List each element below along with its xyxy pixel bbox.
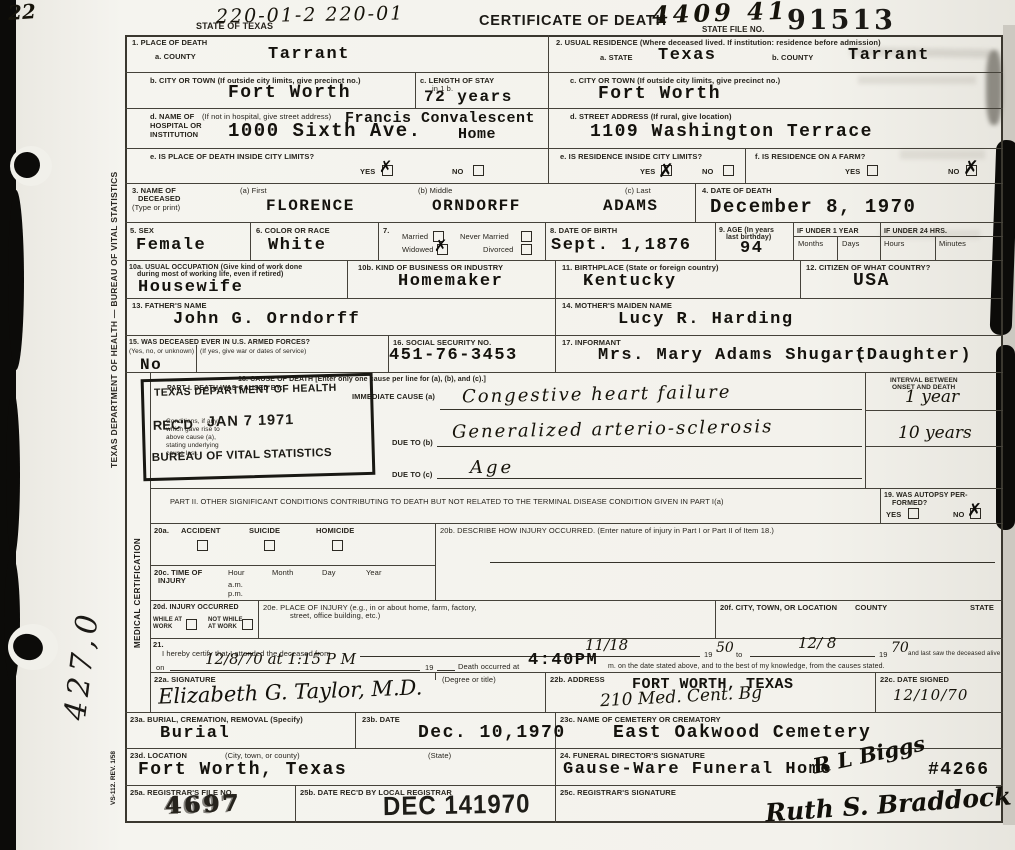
if-under-1-year-label: IF UNDER 1 YEAR	[797, 227, 859, 236]
field-5-label: 5. SEX	[130, 226, 154, 236]
x-mark: ✗	[658, 160, 674, 182]
checkbox-19-yes	[908, 508, 919, 519]
cert-text-2: and last saw the deceased alive	[908, 650, 1000, 658]
not-while-at-work-label2: AT WORK	[208, 624, 237, 632]
checkbox-widowed-checked: ✗	[437, 244, 448, 255]
yes-label: YES	[845, 167, 860, 177]
year-prefix: 19	[425, 663, 434, 673]
hour-label: Hour	[228, 568, 245, 578]
pm-label: p.m.	[228, 589, 243, 599]
birthplace-value: Kentucky	[583, 272, 677, 291]
informant-value: Mrs. Mary Adams Shugart	[598, 346, 867, 365]
date-received-stamp: DEC 141970	[383, 789, 531, 823]
degree-or-title-label: (Degree or title)	[442, 675, 496, 685]
hours-label: Hours	[884, 239, 905, 249]
ssn-value: 451-76-3453	[389, 346, 518, 365]
age-value: 94	[740, 239, 763, 258]
cemetery-value: East Oakwood Cemetery	[613, 723, 871, 743]
institution-name-value2: Home	[458, 126, 496, 143]
date-of-birth-value: Sept. 1,1876	[551, 236, 691, 255]
checkbox-homicide	[332, 540, 343, 551]
x-mark: ✗	[967, 500, 982, 521]
accident-label: ACCIDENT	[181, 526, 221, 536]
month-label: Month	[272, 568, 293, 578]
checkbox-accident	[197, 540, 208, 551]
city-of-death-value: Fort Worth	[228, 83, 351, 103]
field-15-sub2: (If yes, give war or dates of service)	[200, 348, 306, 356]
yes-label: YES	[886, 510, 901, 520]
attended-from-year: 50	[716, 640, 734, 656]
married-label: Married	[402, 232, 428, 242]
field-2e-label: e. IS RESIDENCE INSIDE CITY LIMITS?	[560, 152, 702, 162]
attended-to-date: 12/ 8	[798, 634, 836, 652]
date-signed-value: 12/10/70	[893, 686, 968, 704]
never-married-label: Never Married	[460, 232, 509, 242]
punch-hole-shadow	[10, 148, 43, 181]
months-label: Months	[798, 239, 823, 249]
race-value: White	[268, 236, 327, 255]
institution-name-value: Francis Convalescent	[345, 110, 535, 127]
field-22b-label: 22b. ADDRESS	[550, 675, 605, 685]
field-1d-label3: INSTITUTION	[150, 130, 198, 140]
blank-line	[490, 562, 995, 563]
checkbox-while-at-work	[186, 619, 197, 630]
suicide-label: SUICIDE	[249, 526, 280, 536]
funeral-home-value: Gause-Ware Funeral Home	[563, 760, 832, 779]
mother-name-value: Lucy R. Harding	[618, 310, 794, 329]
grid-line	[865, 446, 1003, 447]
county-of-death-value: Tarrant	[268, 45, 350, 64]
blank-line	[437, 478, 862, 479]
field-2a-label: a. STATE	[600, 53, 633, 63]
first-name-label: (a) First	[240, 186, 267, 196]
checkbox-1e-no	[473, 165, 484, 176]
stamp-line1: TEXAS DEPARTMENT OF HEALTH	[154, 382, 337, 399]
field-20c-label2: INJURY	[158, 576, 186, 586]
field-25c-label: 25c. REGISTRAR'S SIGNATURE	[560, 788, 676, 798]
grid-line	[793, 236, 1003, 237]
blank-line	[437, 670, 455, 671]
death-occurred-at-label: Death occurred at	[458, 662, 519, 672]
punch-hole	[8, 624, 58, 670]
state-file-no-label: STATE FILE NO.	[702, 25, 764, 35]
year-prefix: 19	[879, 650, 888, 660]
last-name-value: ADAMS	[603, 197, 659, 215]
checkbox-1e-yes-checked: ✗	[382, 165, 393, 176]
checkbox-2f-yes	[867, 165, 878, 176]
father-name-value: John G. Orndorff	[173, 310, 360, 329]
part2-label: PART II. OTHER SIGNIFICANT CONDITIONS CO…	[170, 497, 724, 507]
handwritten-margin-number: 427,0	[58, 608, 106, 722]
field-23d-sub2: (State)	[428, 751, 451, 761]
armed-forces-value: No	[140, 356, 162, 374]
widowed-label: Widowed	[402, 245, 434, 255]
residence-county-value: Tarrant	[848, 46, 930, 65]
blank-line	[170, 670, 420, 671]
residence-state-value: Texas	[658, 46, 717, 65]
checkbox-never-married	[521, 231, 532, 242]
sex-value: Female	[136, 236, 206, 255]
blank-line	[437, 446, 862, 447]
stamp-date: JAN 7 1971	[207, 412, 295, 430]
field-3-label3: (Type or print)	[132, 203, 180, 213]
industry-value: Homemaker	[398, 272, 503, 291]
day-label: Day	[322, 568, 336, 578]
residence-city-value: Fort Worth	[598, 84, 721, 104]
homicide-label: HOMICIDE	[316, 526, 354, 536]
interval-b-value: 10 years	[898, 423, 972, 443]
handwritten-district-codes: 220-01-2 220-01	[216, 2, 405, 27]
year-prefix: 19	[704, 650, 713, 660]
no-label: NO	[953, 510, 964, 520]
citizenship-value: USA	[853, 271, 890, 291]
field-20e-label2: street, office building, etc.)	[290, 611, 380, 621]
punch-hole-shadow	[10, 631, 46, 664]
burial-value: Burial	[160, 724, 230, 743]
date-of-death-value: December 8, 1970	[710, 196, 916, 218]
minutes-label: Minutes	[939, 239, 966, 249]
burial-location-value: Fort Worth, Texas	[138, 760, 347, 780]
handwritten-page-number: 22	[7, 0, 36, 25]
field-2b-label: b. COUNTY	[772, 53, 813, 63]
grid-line	[865, 410, 1003, 411]
registrar-file-number-stamp: 4697	[165, 790, 242, 820]
if-under-24-hrs-label: IF UNDER 24 HRS.	[884, 227, 947, 236]
state-file-number: 91513	[787, 5, 896, 36]
street-address-value: 1109 Washington Terrace	[590, 122, 873, 142]
field-2-label: 2. USUAL RESIDENCE (Where deceased lived…	[556, 38, 881, 48]
torn-edge-bump	[8, 190, 24, 370]
to-label: to	[736, 650, 742, 660]
on-label: on	[156, 663, 165, 673]
yes-label: YES	[640, 167, 655, 177]
while-at-work-label2: WORK	[153, 624, 172, 632]
no-label: NO	[702, 167, 713, 177]
field-1-label: 1. PLACE OF DEATH	[132, 38, 207, 48]
death-certificate-scan: 22 STATE OF TEXAS 220-01-2 220-01 CERTIF…	[0, 0, 1015, 850]
field-1a-label: a. COUNTY	[155, 52, 196, 62]
field-8-label: 8. DATE OF BIRTH	[550, 226, 617, 236]
time-of-death-value: 4:40PM	[528, 651, 598, 670]
attended-to-year: 70	[891, 640, 909, 656]
checkbox-not-while-at-work	[242, 619, 253, 630]
first-name-value: FLORENCE	[266, 197, 355, 215]
informant-relation-value: (Daughter)	[855, 346, 972, 365]
blank-line	[750, 656, 875, 657]
field-7-label: 7.	[383, 226, 389, 236]
field-20a-label: 20a.	[154, 526, 169, 536]
torn-edge-bump	[6, 390, 20, 560]
grid-line	[196, 345, 197, 372]
x-mark: ✗	[434, 236, 447, 255]
form-code-vertical-label: VS-112. REV. 1/58	[110, 751, 117, 805]
no-label: NO	[948, 167, 959, 177]
burial-date-value: Dec. 10,1970	[418, 723, 566, 743]
interval-a-value: 1 year	[905, 387, 959, 407]
blank-line	[440, 409, 862, 410]
grid-line	[837, 236, 838, 260]
due-to-c-value: Age	[470, 457, 514, 478]
due-to-c-label: DUE TO (c)	[392, 470, 432, 480]
last-seen-alive-datetime: 12/8/70 at 1:15 P M	[205, 650, 356, 668]
field-20d-label: 20d. INJURY OCCURRED	[153, 603, 239, 612]
no-label: NO	[452, 167, 463, 177]
length-of-stay-value: 72 years	[424, 88, 513, 106]
certificate-title: CERTIFICATE OF DEATH	[479, 13, 667, 29]
field-15-label: 15. WAS DECEASED EVER IN U.S. ARMED FORC…	[129, 338, 310, 347]
field-23b-label: 23b. DATE	[362, 715, 400, 725]
x-mark: ✗	[963, 157, 979, 179]
checkbox-2f-no-checked: ✗	[966, 165, 977, 176]
field-6-label: 6. COLOR OR RACE	[256, 226, 330, 236]
grid-line	[935, 236, 936, 260]
field-4-label: 4. DATE OF DEATH	[702, 186, 772, 196]
last-name-label: (c) Last	[625, 186, 651, 196]
field-20b-label: 20b. DESCRIBE HOW INJURY OCCURRED. (Ente…	[440, 526, 774, 536]
middle-name-value: ORNDORFF	[432, 197, 521, 215]
checkbox-suicide	[264, 540, 275, 551]
field-20f-label: 20f. CITY, TOWN, OR LOCATION	[720, 603, 837, 613]
cert-text-4: m. on the date stated above, and to the …	[608, 662, 885, 671]
middle-name-label: (b) Middle	[418, 186, 452, 196]
funeral-home-number: #4266	[928, 760, 990, 780]
due-to-b-label: DUE TO (b)	[392, 438, 433, 448]
field-1e-label: e. IS PLACE OF DEATH INSIDE CITY LIMITS?	[150, 152, 314, 162]
year-label: Year	[366, 568, 382, 578]
field-22c-label: 22c. DATE SIGNED	[880, 675, 949, 685]
yes-label: YES	[360, 167, 375, 177]
punch-hole	[10, 146, 52, 186]
field-19-label2: FORMED?	[892, 499, 927, 508]
field-2f-label: f. IS RESIDENCE ON A FARM?	[755, 152, 865, 162]
checkbox-19-no-checked: ✗	[970, 508, 981, 519]
stamp-line3: BUREAU OF VITAL STATISTICS	[152, 447, 332, 464]
occupation-value: Housewife	[138, 278, 243, 297]
state-column-label: STATE	[970, 603, 994, 613]
days-label: Days	[842, 239, 860, 249]
checkbox-2e-yes-checked: ✗	[661, 165, 672, 176]
grid-line	[435, 672, 436, 680]
divorced-label: Divorced	[483, 245, 513, 255]
checkbox-2e-no	[723, 165, 734, 176]
field-2d-label: d. STREET ADDRESS (If rural, give locati…	[570, 112, 732, 122]
stamp-recd-label: REC'D	[153, 417, 193, 433]
checkbox-divorced	[521, 244, 532, 255]
department-vertical-label: TEXAS DEPARTMENT OF HEALTH — BUREAU OF V…	[109, 171, 119, 468]
received-stamp: TEXAS DEPARTMENT OF HEALTH REC'D JAN 7 1…	[141, 373, 376, 481]
county-column-label: COUNTY	[855, 603, 887, 613]
x-mark: ✗	[379, 157, 392, 176]
